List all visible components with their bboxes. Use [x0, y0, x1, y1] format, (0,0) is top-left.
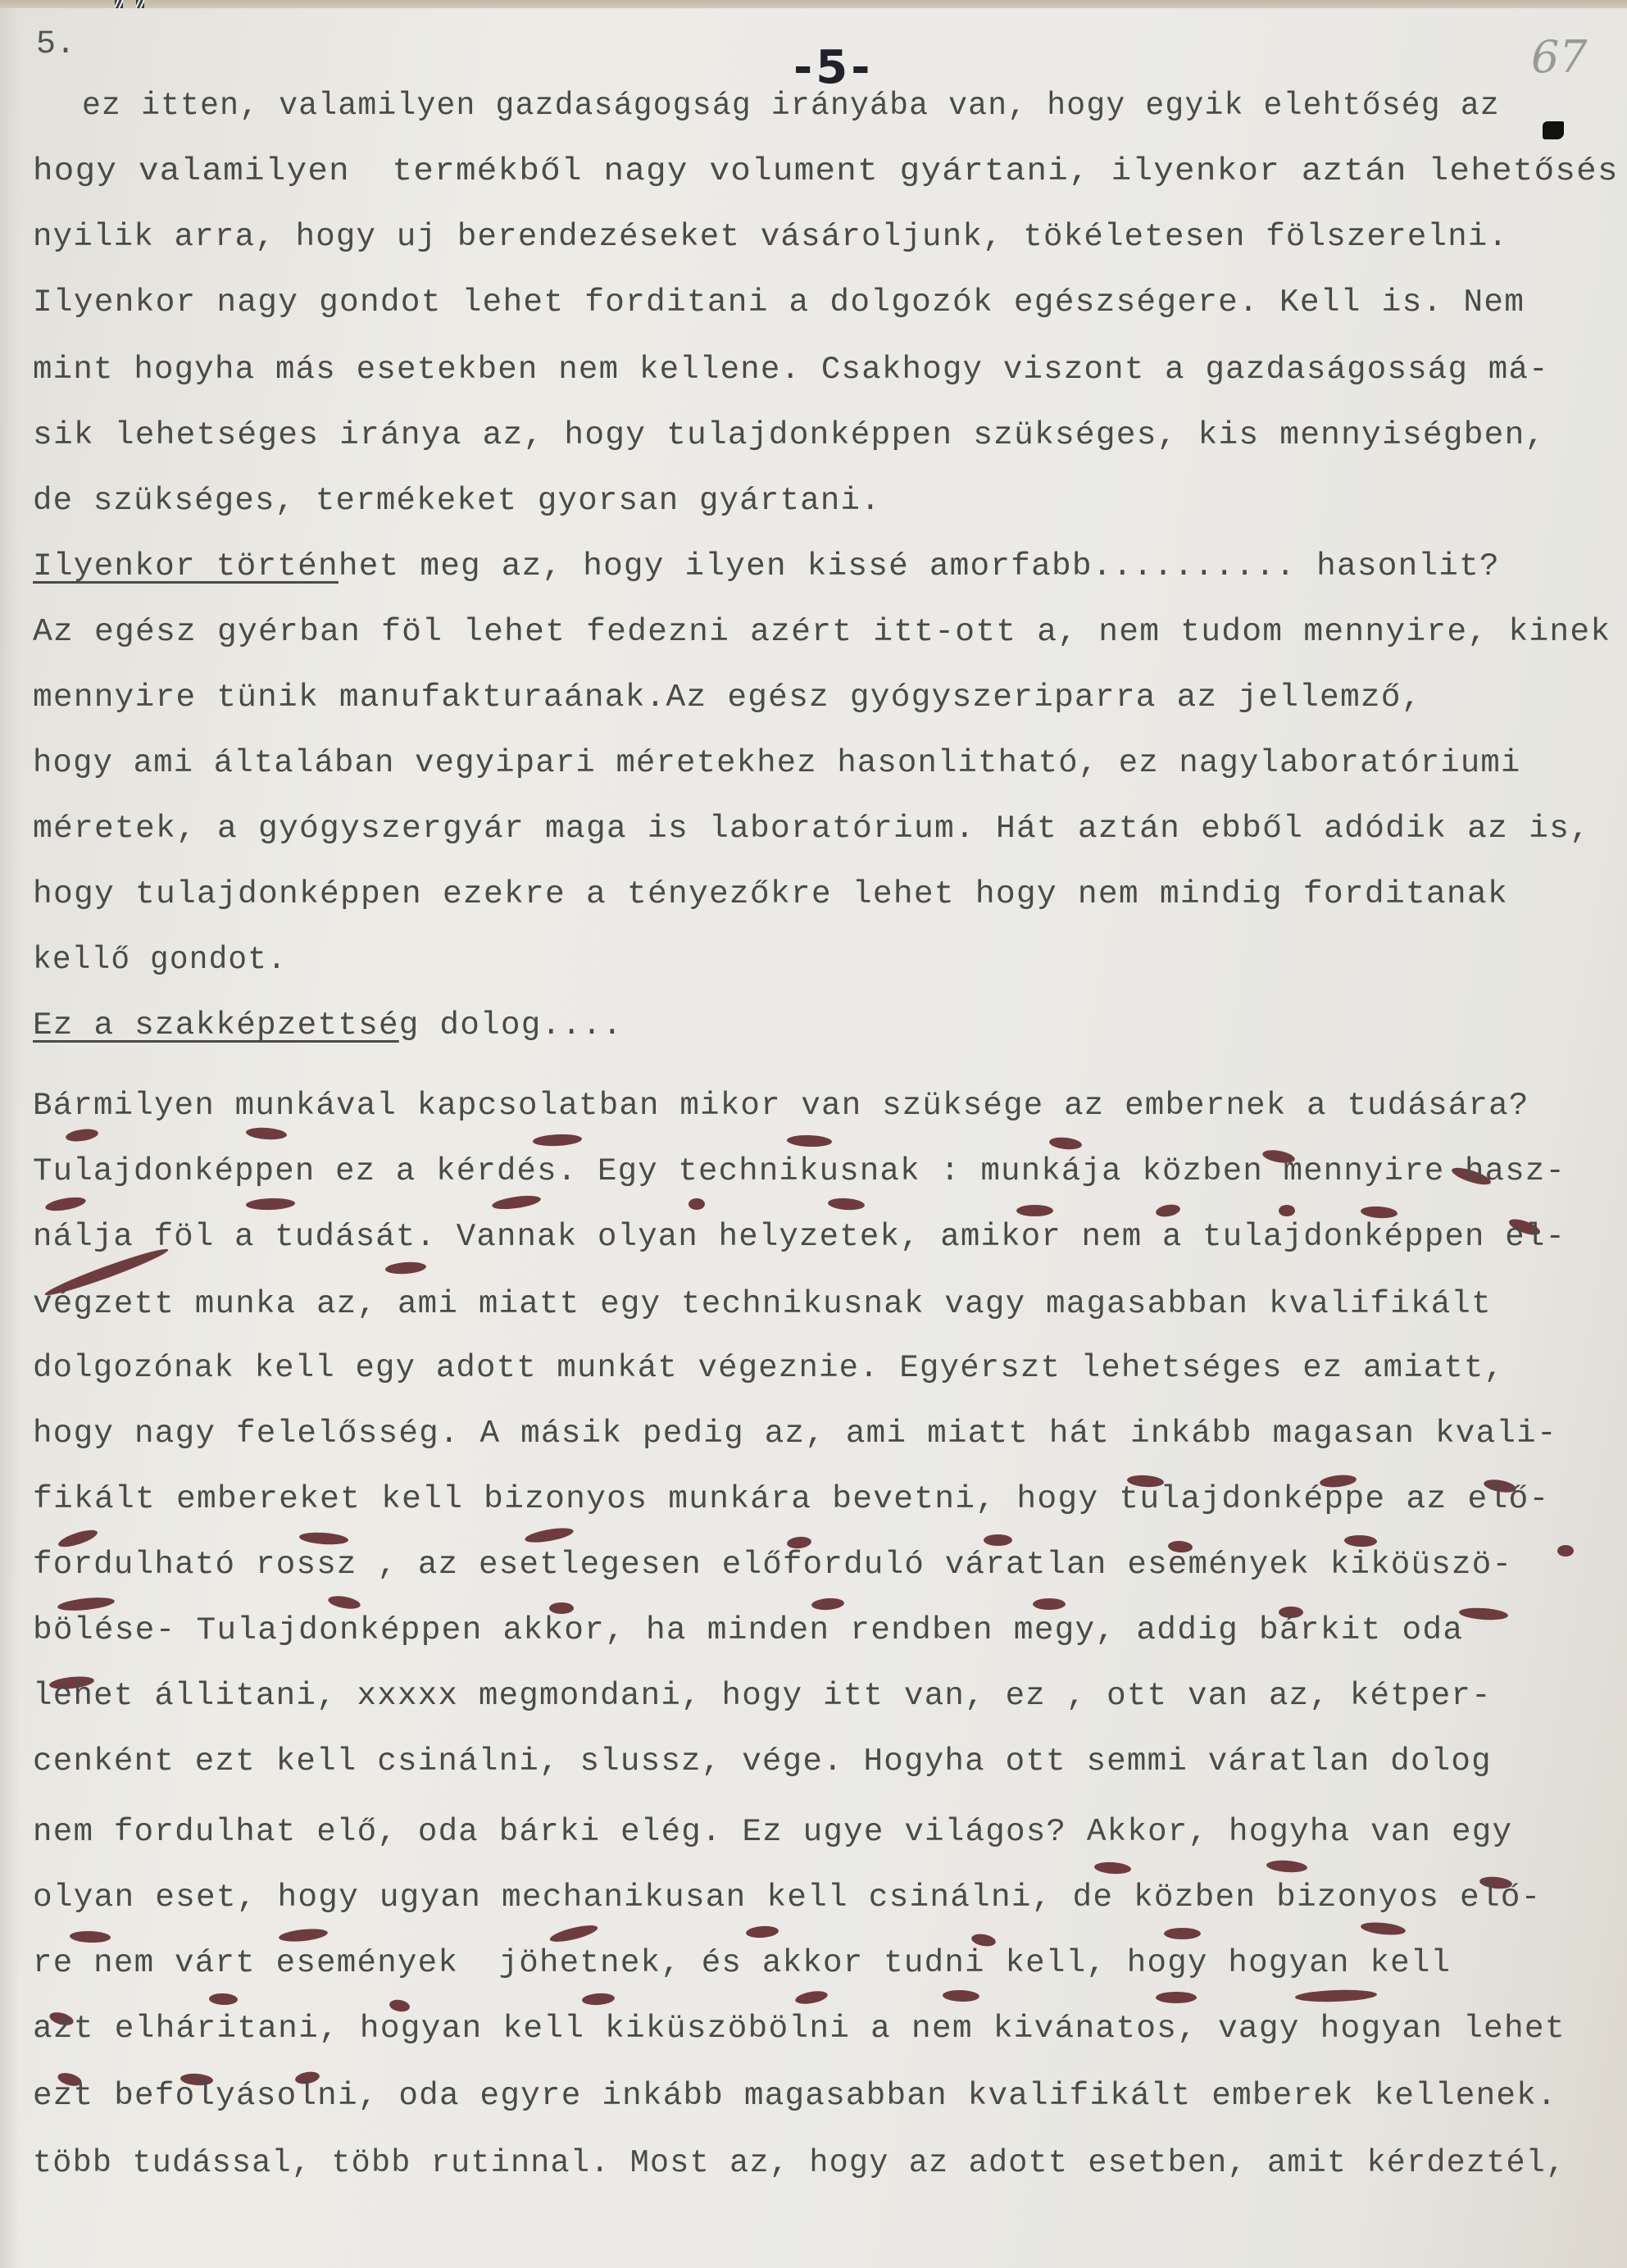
pen-underline-mark: [1266, 1859, 1308, 1873]
pen-underline-mark: [385, 1261, 427, 1275]
pen-underline-mark: [1361, 1205, 1398, 1219]
text-line: nálja föl a tudását. Vannak olyan helyze…: [33, 1221, 1566, 1253]
ink-blot-correction: [1543, 121, 1564, 139]
text-line: Ez a szakképzettség dolog....: [33, 1010, 623, 1042]
text-line: lehet állitani, xxxxx megmondani, hogy i…: [33, 1680, 1492, 1712]
text-line: mint hogyha más esetekben nem kellene. C…: [33, 354, 1549, 386]
pen-underline-mark: [491, 1193, 541, 1211]
text-line: hogy nagy felelősség. A másik pedig az, …: [33, 1418, 1557, 1450]
text-line: Bármilyen munkával kapcsolatban mikor va…: [33, 1090, 1529, 1122]
pen-underline-mark: [1279, 1205, 1295, 1216]
pen-underline-mark: [533, 1133, 583, 1147]
text-line: végzett munka az, ami miatt egy techniku…: [33, 1289, 1492, 1320]
pen-underline-mark: [828, 1197, 866, 1211]
text-line: hogy valamilyen termékből nagy volument …: [33, 156, 1619, 188]
text-line: de szükséges, termékeket gyorsan gyártan…: [33, 485, 881, 517]
pen-underline-mark: [65, 1127, 99, 1143]
typewritten-page: 5. -5- 67 ez itten, valamilyen gazdaságo…: [0, 8, 1627, 2268]
pen-underline-mark: [1094, 1861, 1132, 1875]
pen-underline-mark: [70, 1930, 111, 1943]
pen-underline-mark: [1459, 1607, 1509, 1621]
pen-underline-mark: [524, 1525, 575, 1545]
text-line: bölése- Tulajdonképpen akkor, ha minden …: [33, 1615, 1463, 1647]
pen-underline-mark: [1164, 1928, 1201, 1939]
text-line: Ilyenkor nagy gondot lehet forditani a d…: [33, 287, 1525, 319]
pen-underline-mark: [1048, 1136, 1082, 1151]
page-number-left: 5.: [36, 26, 75, 63]
pen-underline-mark: [548, 1922, 599, 1945]
page-number-center-marker: -5-: [793, 41, 873, 94]
text-line: mennyire tünik manufakturaának.Az egész …: [33, 682, 1422, 714]
pen-underline-mark: [1033, 1598, 1066, 1610]
pen-underline-mark: [582, 1993, 616, 2007]
text-line: nem fordulhat elő, oda bárki elég. Ez ug…: [33, 1816, 1512, 1848]
archive-number-pencil: 67: [1531, 31, 1588, 83]
text-line: méretek, a gyógyszergyár maga is laborat…: [33, 813, 1590, 845]
typed-underline: Ilyenkor történ: [33, 548, 339, 584]
text-line: kellő gondot.: [33, 944, 287, 976]
pen-underline-mark: [1344, 1534, 1377, 1547]
pen-underline-mark: [209, 1993, 238, 2005]
pen-underline-mark: [794, 1989, 829, 2007]
text-line: több tudással, több rutinnal. Most az, h…: [33, 2148, 1566, 2179]
pen-underline-mark: [1360, 1920, 1406, 1937]
pen-underline-mark: [1557, 1545, 1574, 1557]
text-line: re nem várt események jöhetnek, és akkor…: [33, 1948, 1451, 1979]
pen-underline-mark: [246, 1126, 288, 1140]
pen-underline-mark: [1295, 1988, 1377, 2002]
pen-underline-mark: [327, 1594, 361, 1611]
text-line: olyan eset, hogy ugyan mechanikusan kell…: [33, 1882, 1541, 1914]
text-line: hogy tulajdonképpen ezekre a tényezőkre …: [33, 879, 1508, 911]
pen-underline-mark: [246, 1198, 295, 1211]
pen-underline-mark: [984, 1534, 1012, 1546]
pen-underline-mark: [811, 1598, 845, 1611]
text-line: cenként ezt kell csinálni, slussz, vége.…: [33, 1746, 1492, 1778]
pen-underline-mark: [44, 1195, 87, 1213]
text-line: nyilik arra, hogy uj berendezéseket vásá…: [33, 221, 1508, 253]
text-line: Tulajdonképpen ez a kérdés. Egy techniku…: [33, 1156, 1566, 1188]
pen-underline-mark: [299, 1531, 349, 1546]
text-line: azt elháritani, hogyan kell kiküszöbölni…: [33, 2013, 1566, 2045]
text-line: fikált embereket kell bizonyos munkára b…: [33, 1484, 1549, 1516]
text-line: ezt befolyásolni, oda egyre inkább magas…: [33, 2080, 1557, 2112]
pen-underline-mark: [689, 1198, 705, 1210]
pen-underline-mark: [278, 1927, 328, 1943]
pen-underline-mark: [1155, 1203, 1181, 1219]
text-line: hogy ami általában vegyipari méretekhez …: [33, 748, 1520, 779]
pen-underline-mark: [746, 1925, 779, 1939]
text-line: fordulható rossz , az esetlegesen előfor…: [33, 1549, 1512, 1581]
text-line: Ilyenkor történhet meg az, hogy ilyen ki…: [33, 551, 1500, 583]
pen-underline-mark: [1016, 1205, 1053, 1216]
pen-underline-mark: [1156, 1992, 1197, 2003]
text-line: sik lehetséges iránya az, hogy tulajdonk…: [33, 420, 1545, 452]
pen-underline-mark: [943, 1989, 979, 2002]
typed-underline: Ez a szakképzettsé: [33, 1007, 399, 1043]
pen-underline-mark: [787, 1134, 832, 1148]
text-line: ez itten, valamilyen gazdaságogság irány…: [82, 90, 1500, 122]
text-line: dolgozónak kell egy adott munkát végezni…: [33, 1352, 1504, 1384]
text-line: Az egész gyérban föl lehet fedezni azért…: [33, 616, 1611, 648]
pen-underline-mark: [57, 1595, 115, 1612]
